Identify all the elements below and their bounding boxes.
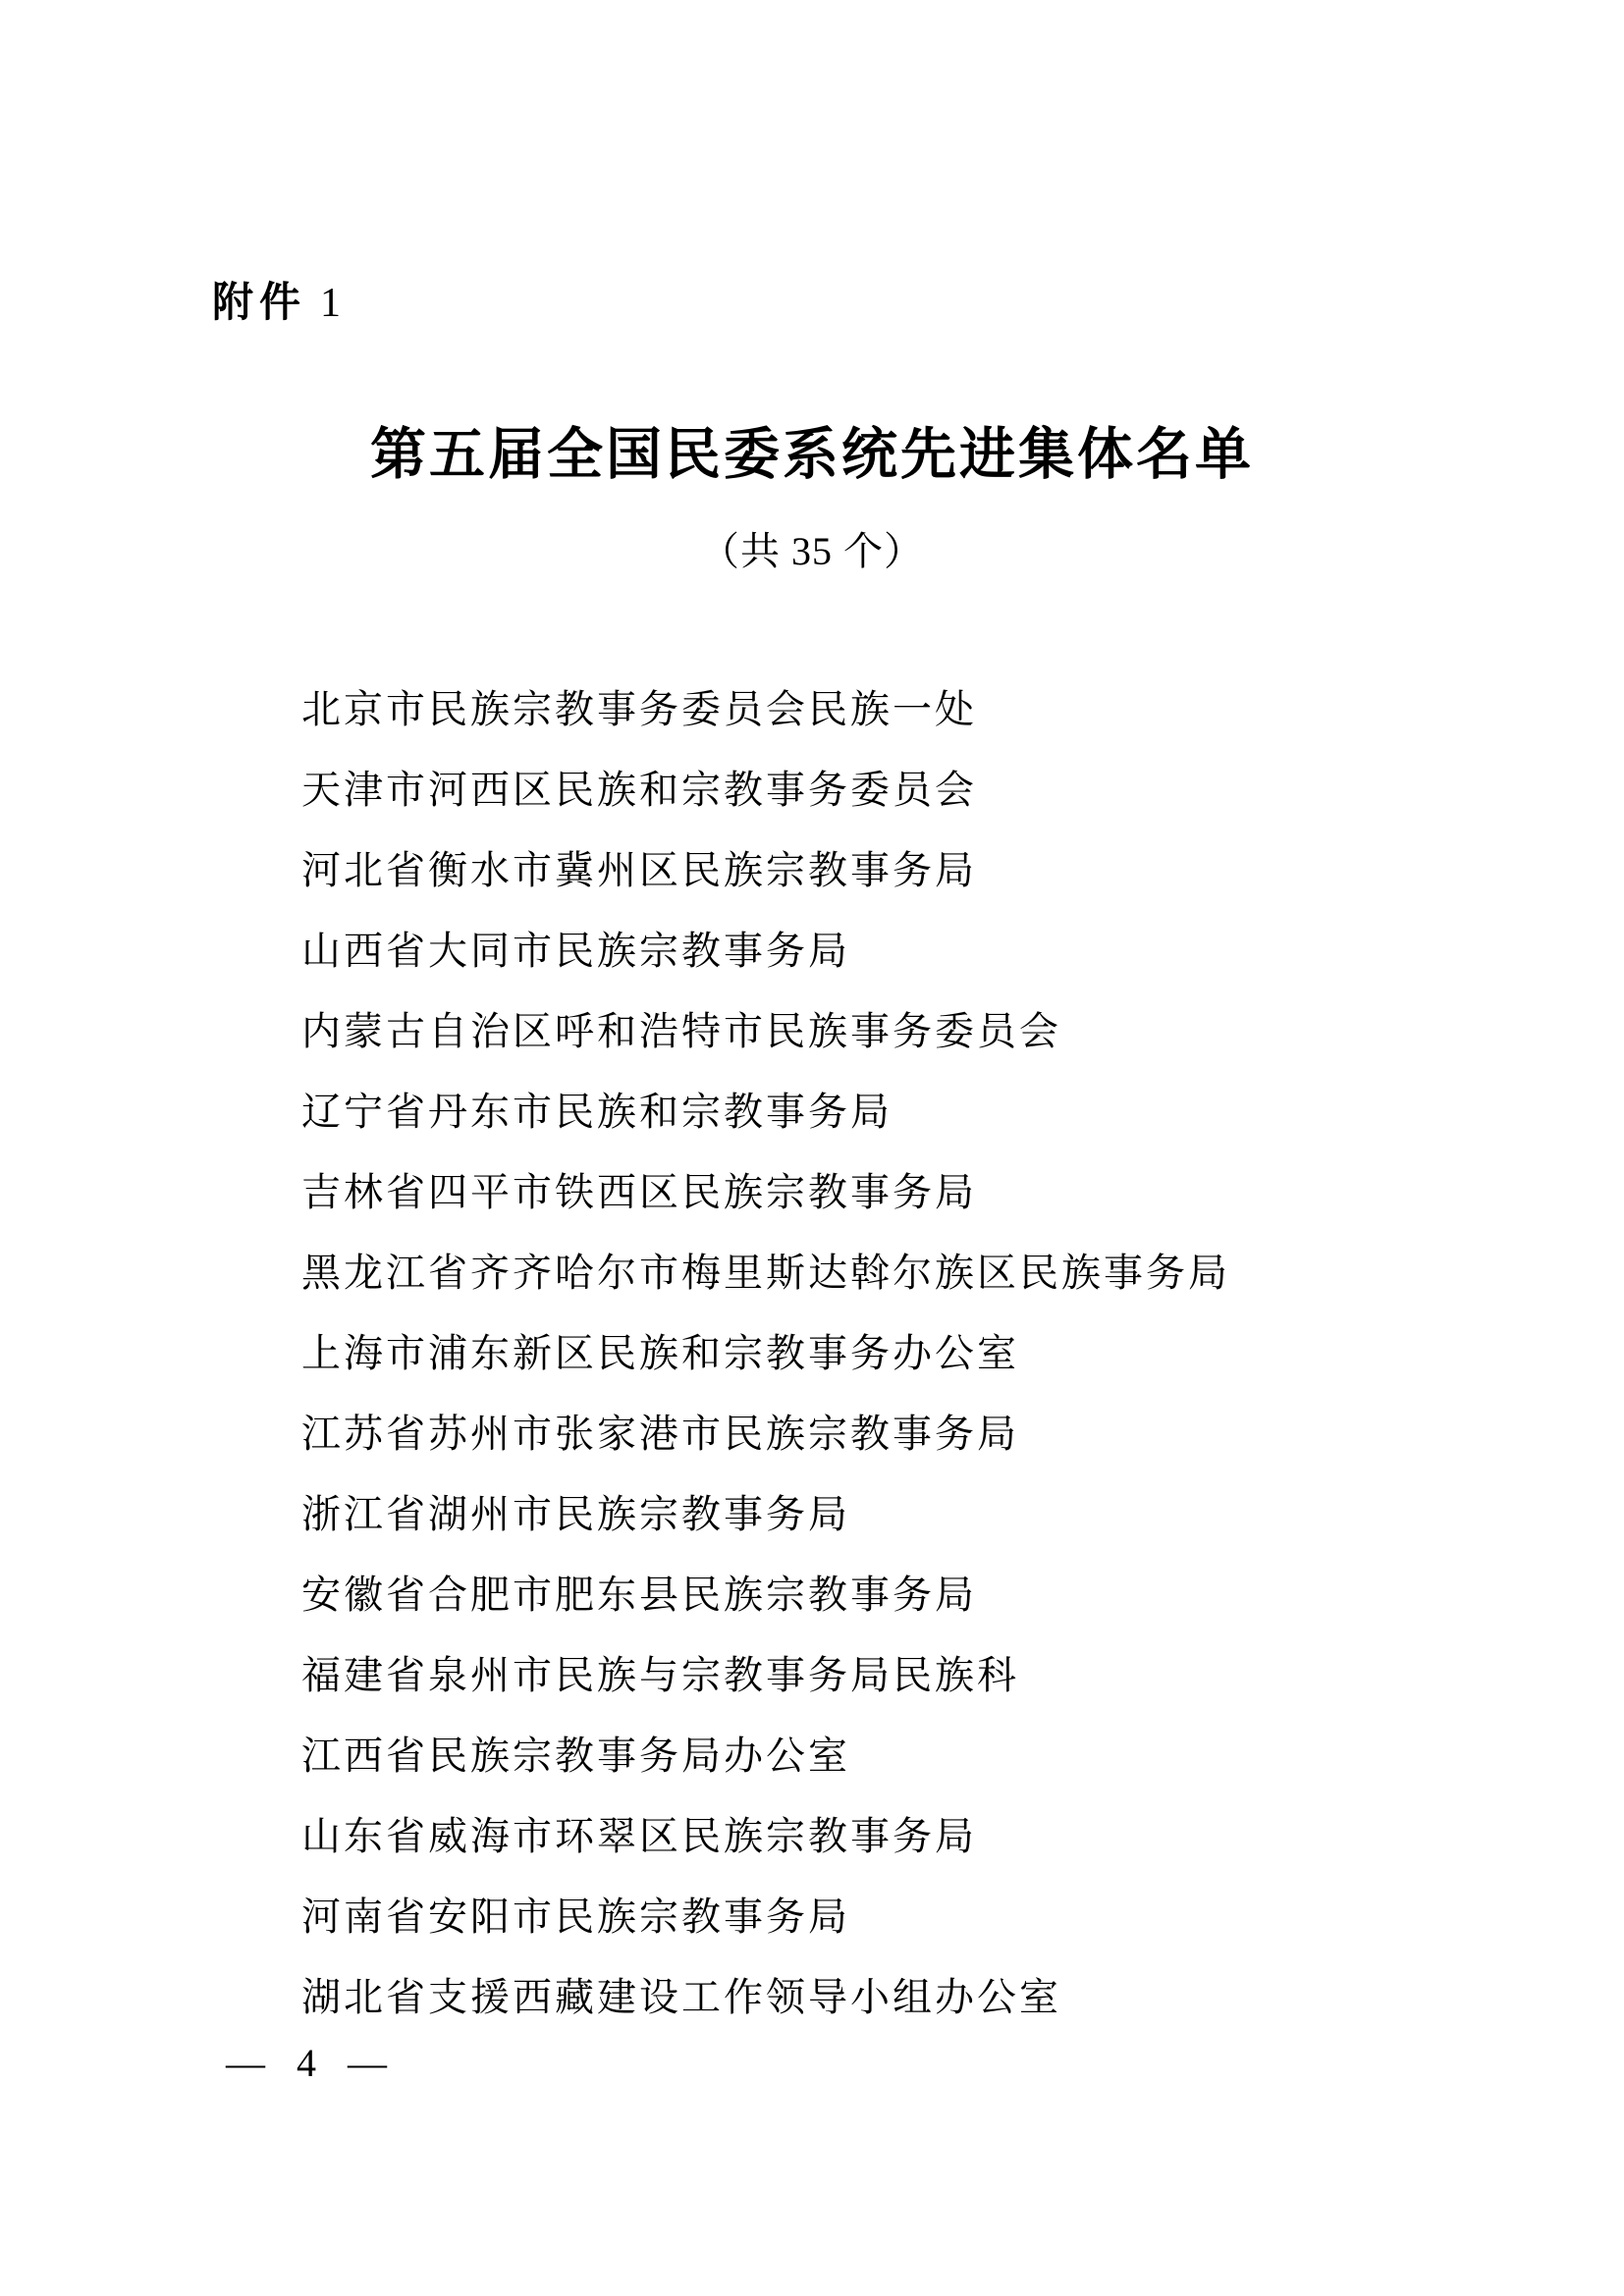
document-page: 附件1 第五届全国民委系统先进集体名单 （共 35 个） 北京市民族宗教事务委员…	[0, 0, 1624, 2296]
list-item: 上海市浦东新区民族和宗教事务办公室	[301, 1313, 1230, 1394]
list-item: 天津市河西区民族和宗教事务委员会	[301, 750, 1230, 830]
list-item: 北京市民族宗教事务委员会民族一处	[301, 669, 1230, 750]
list-item: 山东省威海市环翠区民族宗教事务局	[301, 1796, 1230, 1877]
list-item: 浙江省湖州市民族宗教事务局	[301, 1474, 1230, 1555]
attachment-label: 附件	[212, 279, 306, 325]
attachment-heading: 附件1	[212, 278, 341, 328]
list-item: 山西省大同市民族宗教事务局	[301, 911, 1230, 991]
list-item: 江苏省苏州市张家港市民族宗教事务局	[301, 1394, 1230, 1474]
attachment-number: 1	[320, 281, 341, 326]
list-item: 河南省安阳市民族宗教事务局	[301, 1877, 1230, 1957]
list-item: 河北省衡水市冀州区民族宗教事务局	[301, 830, 1230, 911]
page-number: — 4 —	[226, 2042, 387, 2085]
page-subtitle: （共 35 个）	[0, 526, 1624, 577]
list-item: 福建省泉州市民族与宗教事务局民族科	[301, 1635, 1230, 1716]
list-item: 湖北省支援西藏建设工作领导小组办公室	[301, 1957, 1230, 2038]
list-item: 黑龙江省齐齐哈尔市梅里斯达斡尔族区民族事务局	[301, 1233, 1230, 1313]
list-item: 辽宁省丹东市民族和宗教事务局	[301, 1072, 1230, 1152]
list-item: 吉林省四平市铁西区民族宗教事务局	[301, 1152, 1230, 1233]
list-item: 内蒙古自治区呼和浩特市民族事务委员会	[301, 991, 1230, 1072]
organization-list: 北京市民族宗教事务委员会民族一处天津市河西区民族和宗教事务委员会河北省衡水市冀州…	[301, 669, 1230, 2038]
list-item: 安徽省合肥市肥东县民族宗教事务局	[301, 1555, 1230, 1635]
list-item: 江西省民族宗教事务局办公室	[301, 1716, 1230, 1796]
page-title: 第五届全国民委系统先进集体名单	[0, 422, 1624, 489]
